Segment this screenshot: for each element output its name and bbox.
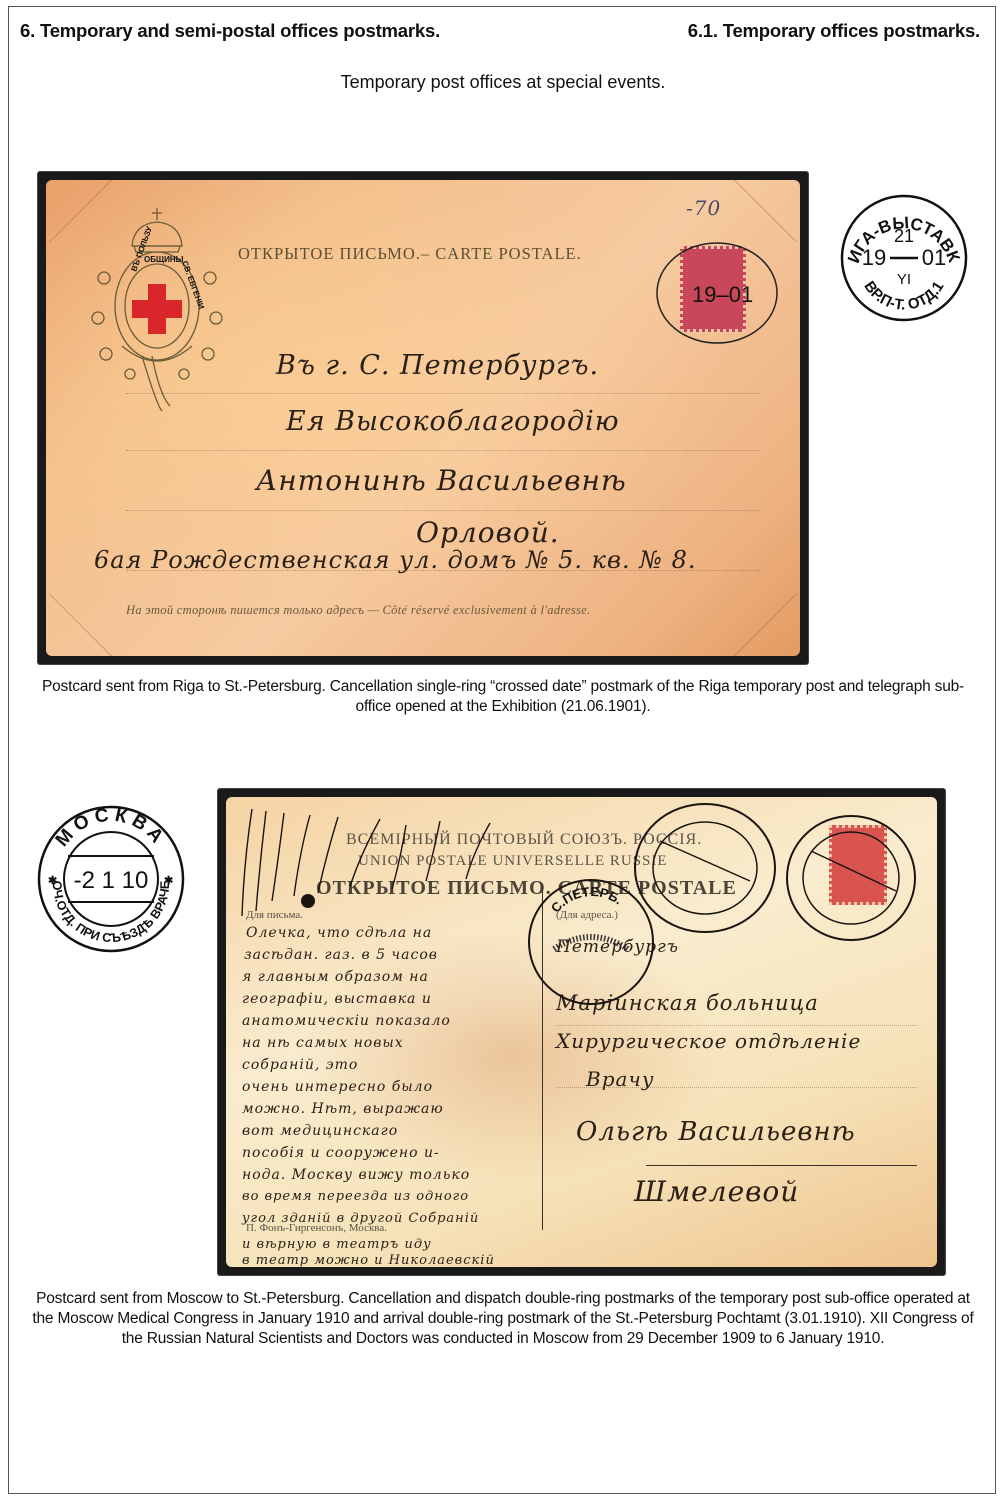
riga-postcard-caption: Postcard sent from Riga to St.-Petersbur… [0, 677, 1006, 717]
red-cross-emblem-icon: ВЪ ПОЛЬЗУ ОБЩИНЫ СВ. ЕВГЕНІИ [82, 206, 232, 416]
postcard-title: ОТКРЫТОЕ ПИСЬМО.– CARTE POSTALE. [238, 244, 582, 264]
message-line: собраній, это [242, 1057, 358, 1073]
riga-exhibition-postmark-strike: 19–01 [652, 238, 782, 348]
moscow-postcard: ВСЕМІРНЫЙ ПОЧТОВЫЙ СОЮЗЪ. РОССІЯ. UNION … [226, 797, 937, 1267]
margin-handwriting [230, 801, 530, 921]
address-line-5: 6ая Рождественская ул. домъ № 5. кв. № 8… [94, 546, 696, 574]
message-line: нода. Москву вижу только [242, 1167, 470, 1183]
message-line: Олечка, что сдѣла на [246, 925, 432, 941]
message-line: на нѣ самых новых [242, 1035, 404, 1051]
message-line: засѣдан. газ. в 5 часов [244, 947, 438, 963]
address-line [126, 510, 760, 511]
publisher-imprint: П. Фонъ-Гиргенсонъ, Москва. [246, 1222, 387, 1234]
address-line-3: Хирургическое отдѣленіе [556, 1029, 861, 1053]
cancellation-postmark-strike [781, 811, 921, 946]
svg-text:✱: ✱ [48, 875, 57, 887]
corner-mount-mark [733, 593, 797, 656]
address-line-4: Орловой. [416, 516, 560, 549]
address-line [126, 393, 760, 394]
address-underline [646, 1165, 917, 1166]
svg-text:-2 1 10: -2 1 10 [74, 867, 149, 894]
message-line: можно. Нѣт, выражаю [242, 1101, 444, 1117]
arrival-postmark-strike: С.ПЕТЕРБ. [526, 877, 656, 1007]
corner-mount-mark [49, 593, 113, 656]
address-line [556, 1025, 917, 1026]
subsection-title: 6.1. Temporary offices postmarks. [688, 20, 980, 42]
corner-mount-mark [733, 180, 797, 243]
svg-text:СВ. ЕВГЕНІИ: СВ. ЕВГЕНІИ [180, 260, 206, 311]
message-line: очень интересно было [242, 1079, 433, 1095]
address-line-2: Ея Высокоблагородію [286, 406, 619, 437]
section-title: 6. Temporary and semi-postal offices pos… [20, 20, 440, 42]
page-subtitle: Temporary post offices at special events… [0, 72, 1006, 93]
svg-text:19–01: 19–01 [692, 282, 753, 307]
postcard-footer-note: На этой сторонѣ пишется только адресъ — … [126, 603, 590, 618]
message-line: пособія и сооружено и- [242, 1145, 440, 1161]
pencil-note: -70 [686, 196, 721, 220]
address-line-4: Врачу [586, 1067, 654, 1091]
message-line: анатомическіи показало [242, 1013, 451, 1029]
svg-text:19: 19 [862, 245, 886, 270]
moscow-postmark-drawing: МОСКВА ПОЧ.ОТД. ПРИ СЪѢЗДѢ ВРАЧЕЙ ✱ ✱ -2… [36, 804, 186, 954]
message-line: во время переезда из одного [242, 1189, 469, 1204]
svg-text:✱: ✱ [164, 875, 173, 887]
moscow-postcard-caption: Postcard sent from Moscow to St.-Petersb… [0, 1289, 1006, 1349]
address-line-1: Въ г. С. Петербургъ. [276, 350, 599, 381]
svg-text:21: 21 [894, 226, 914, 246]
message-line: и вѣрную в театръ иду [242, 1237, 432, 1252]
riga-postmark-drawing: РИГА-ВЫСТАВКА ВР.П-Т. ОТД.1 21 19 01 YI [838, 192, 970, 324]
address-line [126, 450, 760, 451]
address-line-3: Антонинѣ Васильевнѣ [256, 464, 627, 497]
svg-text:01: 01 [922, 245, 946, 270]
svg-text:YI: YI [897, 271, 911, 288]
message-line: географіи, выставка и [242, 991, 432, 1007]
message-line: в театр можно и Николаевскій [242, 1253, 495, 1267]
svg-text:ОБЩИНЫ: ОБЩИНЫ [144, 255, 184, 264]
address-line-6: Шмелевой [634, 1175, 799, 1208]
message-line: вот медицинскаго [242, 1123, 398, 1139]
riga-postcard-mount: ВЪ ПОЛЬЗУ ОБЩИНЫ СВ. ЕВГЕНІИ ОТКРЫТОЕ ПИ… [38, 172, 808, 664]
address-line-5: Ольгѣ Васильевнѣ [576, 1117, 856, 1147]
message-line: я главным образом на [242, 969, 429, 985]
riga-postcard: ВЪ ПОЛЬЗУ ОБЩИНЫ СВ. ЕВГЕНІИ ОТКРЫТОЕ ПИ… [46, 180, 800, 656]
moscow-postcard-mount: ВСЕМІРНЫЙ ПОЧТОВЫЙ СОЮЗЪ. РОССІЯ. UNION … [218, 789, 945, 1275]
